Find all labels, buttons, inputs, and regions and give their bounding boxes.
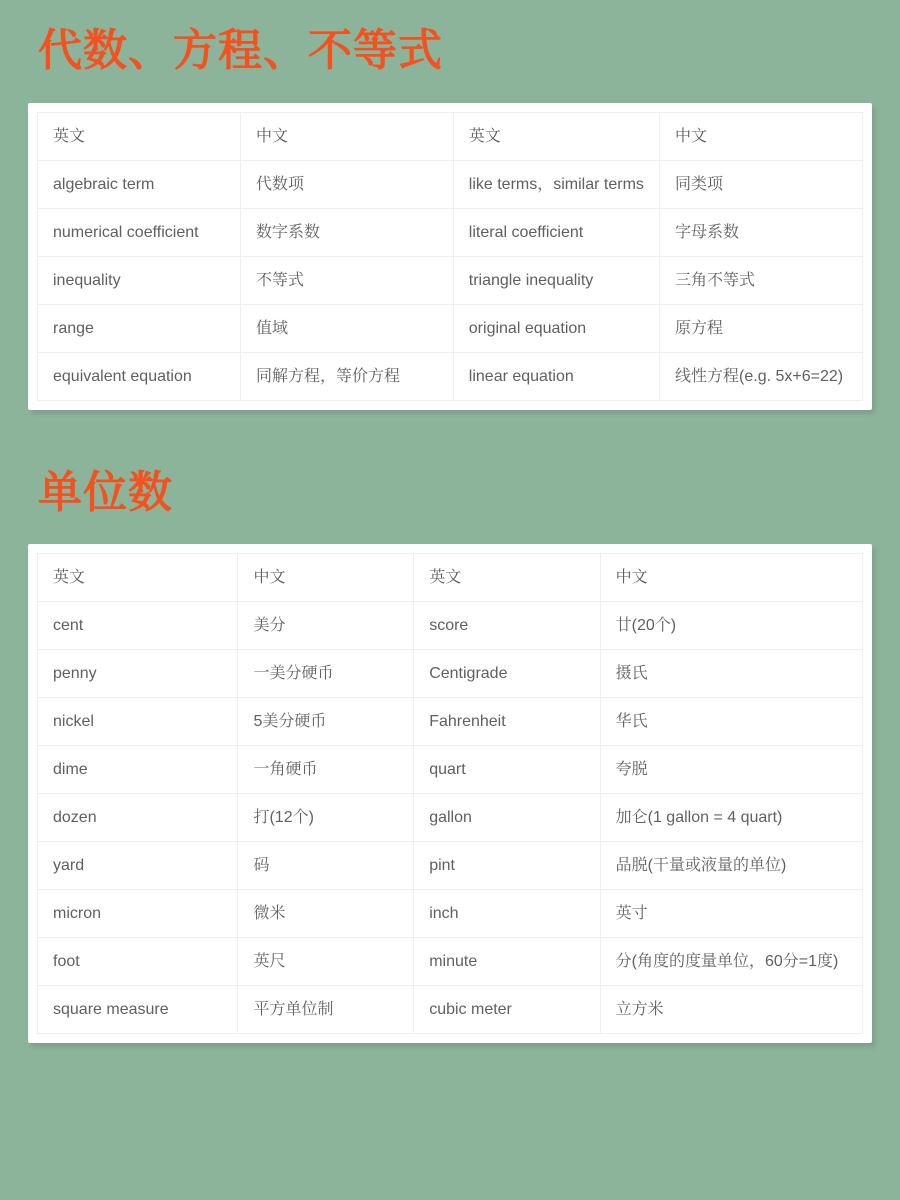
cell-english-term: dozen	[38, 794, 238, 842]
cell-chinese-translation: 英寸	[600, 890, 862, 938]
table-row: cent美分score廿(20个)	[38, 602, 863, 650]
table-row: algebraic term代数项like terms，similar term…	[38, 160, 863, 208]
table-row: range值域original equation原方程	[38, 304, 863, 352]
cell-english-term: score	[414, 602, 600, 650]
column-header: 英文	[453, 112, 659, 160]
cell-english-term: Centigrade	[414, 650, 600, 698]
cell-chinese-translation: 夸脱	[600, 746, 862, 794]
table-header-row: 英文中文英文中文	[38, 112, 863, 160]
table-row: dime一角硬币quart夸脱	[38, 746, 863, 794]
column-header: 英文	[414, 554, 600, 602]
cell-chinese-translation: 微米	[238, 890, 414, 938]
vocab-page: { "colors": { "page_background": "#8bb49…	[0, 0, 900, 1200]
cell-english-term: like terms，similar terms	[453, 160, 659, 208]
algebra-vocab-table: 英文中文英文中文 algebraic term代数项like terms，sim…	[37, 112, 863, 401]
column-header: 英文	[38, 112, 241, 160]
table-row: dozen打(12个)gallon加仑(1 gallon = 4 quart)	[38, 794, 863, 842]
cell-chinese-translation: 英尺	[238, 938, 414, 986]
section-algebra: 代数、方程、不等式 英文中文英文中文 algebraic term代数项like…	[0, 26, 900, 410]
cell-english-term: square measure	[38, 986, 238, 1034]
cell-english-term: range	[38, 304, 241, 352]
table-row: penny一美分硬币Centigrade摄氏	[38, 650, 863, 698]
cell-chinese-translation: 一角硬币	[238, 746, 414, 794]
cell-english-term: micron	[38, 890, 238, 938]
cell-english-term: minute	[414, 938, 600, 986]
column-header: 中文	[240, 112, 453, 160]
cell-chinese-translation: 分(角度的度量单位，60分=1度)	[600, 938, 862, 986]
cell-english-term: triangle inequality	[453, 256, 659, 304]
cell-chinese-translation: 廿(20个)	[600, 602, 862, 650]
cell-english-term: pint	[414, 842, 600, 890]
cell-chinese-translation: 不等式	[240, 256, 453, 304]
cell-chinese-translation: 摄氏	[600, 650, 862, 698]
cell-english-term: cent	[38, 602, 238, 650]
column-header: 中文	[660, 112, 863, 160]
column-header: 英文	[38, 554, 238, 602]
cell-chinese-translation: 品脱(干量或液量的单位)	[600, 842, 862, 890]
cell-english-term: foot	[38, 938, 238, 986]
cell-chinese-translation: 立方米	[600, 986, 862, 1034]
cell-chinese-translation: 代数项	[240, 160, 453, 208]
cell-chinese-translation: 数字系数	[240, 208, 453, 256]
cell-chinese-translation: 一美分硬币	[238, 650, 414, 698]
units-vocab-table: 英文中文英文中文 cent美分score廿(20个)penny一美分硬币Cent…	[37, 553, 863, 1034]
cell-chinese-translation: 同类项	[660, 160, 863, 208]
section-algebra-title: 代数、方程、不等式	[38, 26, 900, 77]
table-row: equivalent equation同解方程，等价方程linear equat…	[38, 352, 863, 400]
page-content: 代数、方程、不等式 英文中文英文中文 algebraic term代数项like…	[0, 0, 900, 1043]
cell-english-term: yard	[38, 842, 238, 890]
cell-english-term: linear equation	[453, 352, 659, 400]
cell-english-term: cubic meter	[414, 986, 600, 1034]
cell-english-term: original equation	[453, 304, 659, 352]
cell-english-term: equivalent equation	[38, 352, 241, 400]
column-header: 中文	[600, 554, 862, 602]
units-table-panel: 英文中文英文中文 cent美分score廿(20个)penny一美分硬币Cent…	[28, 544, 872, 1043]
cell-chinese-translation: 打(12个)	[238, 794, 414, 842]
cell-chinese-translation: 值域	[240, 304, 453, 352]
cell-chinese-translation: 华氏	[600, 698, 862, 746]
table-header-row: 英文中文英文中文	[38, 554, 863, 602]
algebra-table-panel: 英文中文英文中文 algebraic term代数项like terms，sim…	[28, 103, 872, 410]
section-units-title: 单位数	[38, 468, 900, 519]
cell-chinese-translation: 平方单位制	[238, 986, 414, 1034]
table-row: nickel5美分硬币Fahrenheit华氏	[38, 698, 863, 746]
cell-english-term: literal coefficient	[453, 208, 659, 256]
cell-english-term: nickel	[38, 698, 238, 746]
cell-chinese-translation: 线性方程(e.g. 5x+6=22)	[660, 352, 863, 400]
cell-chinese-translation: 加仑(1 gallon = 4 quart)	[600, 794, 862, 842]
cell-chinese-translation: 同解方程，等价方程	[240, 352, 453, 400]
table-row: micron微米inch英寸	[38, 890, 863, 938]
column-header: 中文	[238, 554, 414, 602]
cell-chinese-translation: 美分	[238, 602, 414, 650]
table-row: inequality不等式triangle inequality三角不等式	[38, 256, 863, 304]
cell-english-term: inch	[414, 890, 600, 938]
cell-chinese-translation: 三角不等式	[660, 256, 863, 304]
cell-english-term: quart	[414, 746, 600, 794]
section-units: 单位数 英文中文英文中文 cent美分score廿(20个)penny一美分硬币…	[0, 468, 900, 1044]
cell-english-term: numerical coefficient	[38, 208, 241, 256]
table-row: numerical coefficient数字系数literal coeffic…	[38, 208, 863, 256]
cell-english-term: dime	[38, 746, 238, 794]
cell-english-term: penny	[38, 650, 238, 698]
cell-chinese-translation: 原方程	[660, 304, 863, 352]
cell-english-term: algebraic term	[38, 160, 241, 208]
cell-chinese-translation: 字母系数	[660, 208, 863, 256]
table-row: square measure平方单位制cubic meter立方米	[38, 986, 863, 1034]
table-row: yard码pint品脱(干量或液量的单位)	[38, 842, 863, 890]
cell-english-term: Fahrenheit	[414, 698, 600, 746]
cell-chinese-translation: 码	[238, 842, 414, 890]
cell-english-term: inequality	[38, 256, 241, 304]
cell-english-term: gallon	[414, 794, 600, 842]
cell-chinese-translation: 5美分硬币	[238, 698, 414, 746]
table-row: foot英尺minute分(角度的度量单位，60分=1度)	[38, 938, 863, 986]
